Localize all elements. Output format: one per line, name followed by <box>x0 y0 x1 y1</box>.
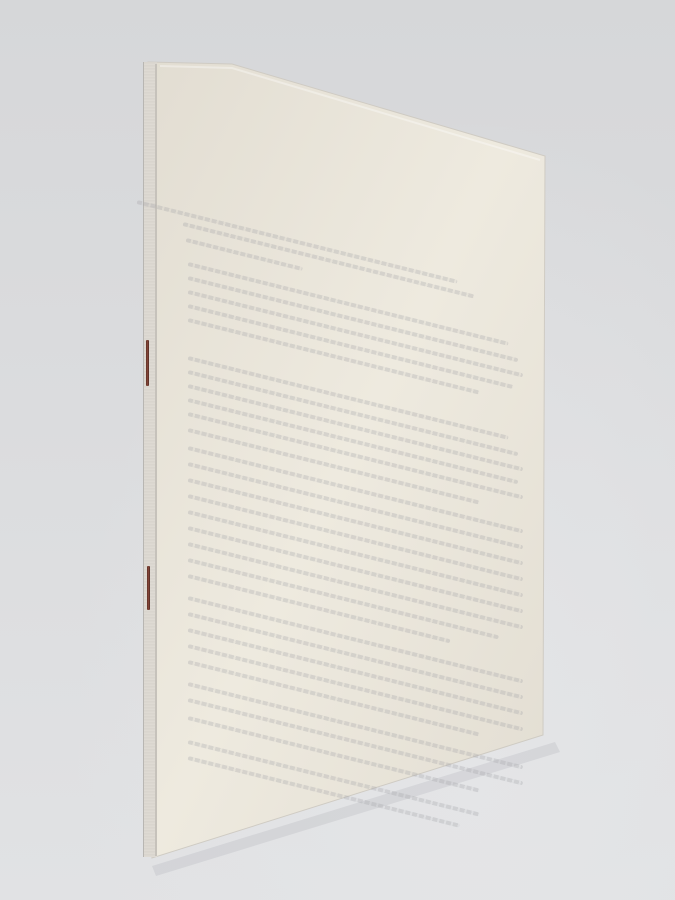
booklet-page <box>0 0 675 900</box>
staple-bottom <box>147 566 150 610</box>
staple-top <box>146 340 149 386</box>
spine-fold-line <box>155 64 157 856</box>
